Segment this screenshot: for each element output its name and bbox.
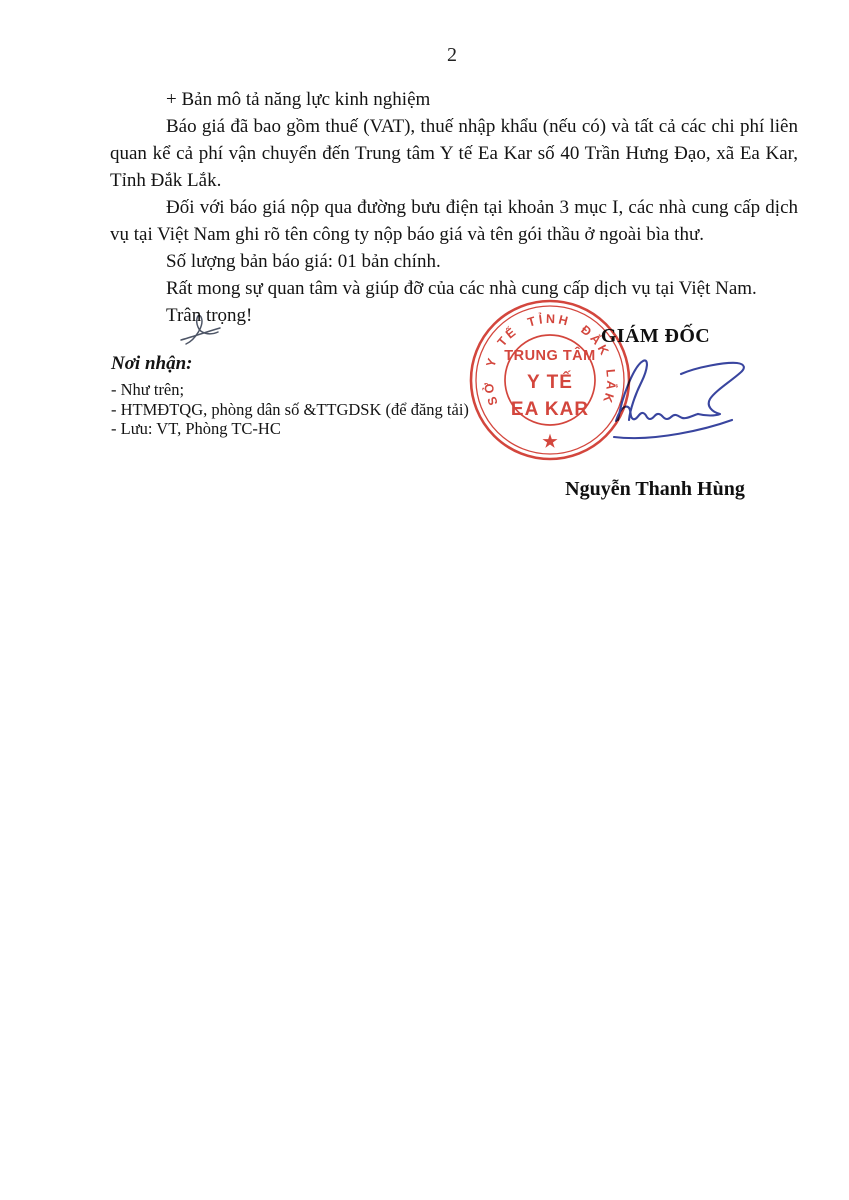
recipient-item: - Lưu: VT, Phòng TC-HC [111,419,469,439]
recipient-item: - HTMĐTQG, phòng dân số &TTGDSK (để đăng… [111,400,469,420]
signature-scribble [585,348,820,466]
seal-center-line1: TRUNG TÂM [504,346,596,364]
paragraph-thanks: Rất mong sự quan tâm và giúp đỡ của các … [110,275,798,302]
paragraph-mail-instructions: Đối với báo giá nộp qua đường bưu điện t… [110,194,798,248]
signature-flourish [681,363,744,416]
signer-name: Nguyễn Thanh Hùng [535,478,775,501]
seal-star-icon: ★ [542,432,558,451]
body-text-block: + Bản mô tả năng lực kinh nghiệm Báo giá… [110,86,798,329]
paragraph-quantity: Số lượng bản báo giá: 01 bản chính. [110,248,798,275]
paragraph-vat: Báo giá đã bao gồm thuế (VAT), thuế nhập… [110,113,798,194]
signature-underline [614,420,732,438]
recipients-block: Nơi nhận: - Như trên; - HTMĐTQG, phòng d… [111,352,469,439]
paragraph-capability: + Bản mô tả năng lực kinh nghiệm [110,86,798,113]
seal-center-line2: Y TẾ [527,371,573,393]
recipients-heading: Nơi nhận: [111,352,469,375]
seal-center-line3: EA KAR [511,399,589,420]
initial-paraph-icon [178,309,224,349]
recipient-item: - Như trên; [111,380,469,400]
document-page: 2 + Bản mô tả năng lực kinh nghiệm Báo g… [0,0,849,1200]
signature-ascender [618,361,647,420]
page-number: 2 [110,44,794,67]
